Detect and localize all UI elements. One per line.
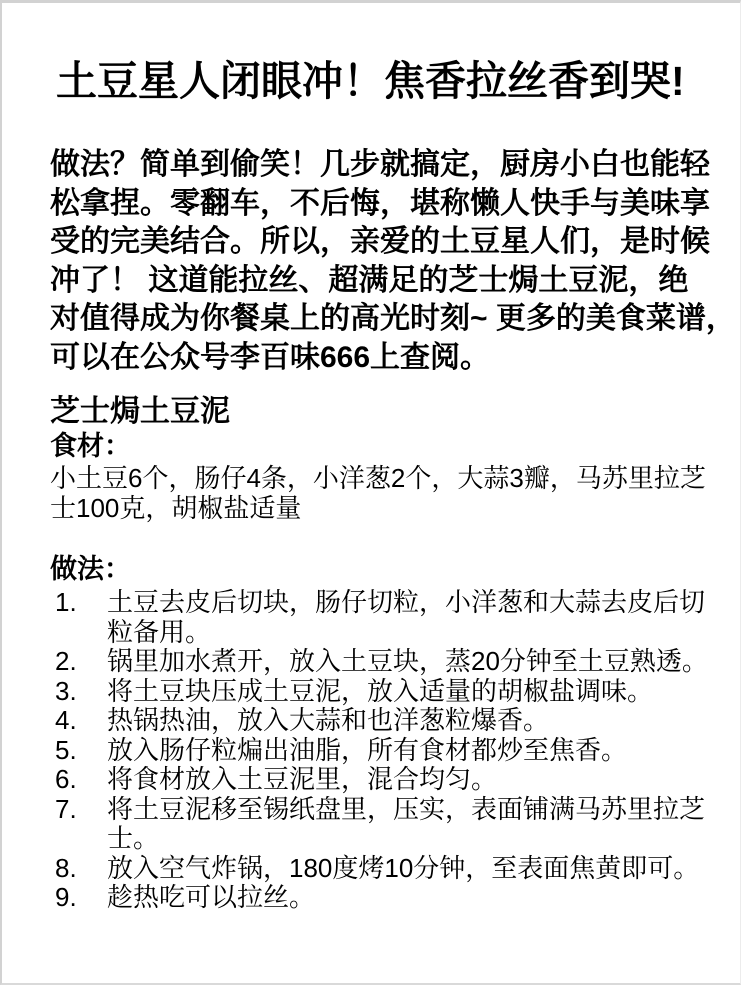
step-number: 4.	[50, 706, 107, 736]
step-row: 5. 放入肠仔粒煸出油脂，所有食材都炒至焦香。	[50, 736, 710, 766]
ingredients-line: 士100克，胡椒盐适量	[50, 493, 710, 523]
intro-line: 冲了！ 这道能拉丝、超满足的芝士焗土豆泥，绝	[50, 262, 710, 301]
steps-label: 做法：	[50, 553, 710, 586]
ingredients-line: 小土豆6个，肠仔4条，小洋葱2个，大蒜3瓣，马苏里拉芝	[50, 463, 710, 493]
step-row: 1. 土豆去皮后切块，肠仔切粒，小洋葱和大蒜去皮后切粒备用。	[50, 588, 710, 647]
step-row: 6. 将食材放入土豆泥里，混合均匀。	[50, 765, 710, 795]
step-row: 9. 趁热吃可以拉丝。	[50, 883, 710, 913]
step-number: 8.	[50, 854, 107, 884]
step-number: 9.	[50, 883, 107, 913]
step-number: 3.	[50, 677, 107, 707]
step-text: 土豆去皮后切块，肠仔切粒，小洋葱和大蒜去皮后切粒备用。	[107, 588, 710, 647]
step-text: 锅里加水煮开，放入土豆块，蒸20分钟至土豆熟透。	[107, 647, 710, 677]
step-text: 将土豆泥移至锡纸盘里，压实，表面铺满马苏里拉芝士。	[107, 795, 710, 854]
intro-line: 受的完美结合。所以，亲爱的土豆星人们，是时候	[50, 223, 710, 262]
step-row: 7. 将土豆泥移至锡纸盘里，压实，表面铺满马苏里拉芝士。	[50, 795, 710, 854]
steps-list: 1. 土豆去皮后切块，肠仔切粒，小洋葱和大蒜去皮后切粒备用。 2. 锅里加水煮开…	[50, 588, 710, 913]
step-row: 3. 将土豆块压成土豆泥，放入适量的胡椒盐调味。	[50, 677, 710, 707]
recipe-title: 芝士焗土豆泥	[50, 394, 710, 430]
ingredients-text: 小土豆6个，肠仔4条，小洋葱2个，大蒜3瓣，马苏里拉芝 士100克，胡椒盐适量	[50, 463, 710, 523]
intro-line: 松拿捏。零翻车，不后悔，堪称懒人快手与美味享	[50, 185, 710, 224]
step-text: 将食材放入土豆泥里，混合均匀。	[107, 765, 710, 795]
step-number: 6.	[50, 765, 107, 795]
document-page: 土豆星人闭眼冲！焦香拉丝香到哭! 做法？简单到偷笑！几步就搞定，厨房小白也能轻 …	[0, 0, 741, 985]
step-text: 放入肠仔粒煸出油脂，所有食材都炒至焦香。	[107, 736, 710, 766]
step-text: 放入空气炸锅，180度烤10分钟，至表面焦黄即可。	[107, 854, 710, 884]
step-row: 4. 热锅热油，放入大蒜和也洋葱粒爆香。	[50, 706, 710, 736]
step-text: 将土豆块压成土豆泥，放入适量的胡椒盐调味。	[107, 677, 710, 707]
step-number: 2.	[50, 647, 107, 677]
intro-line: 对值得成为你餐桌上的高光时刻~ 更多的美食菜谱，	[50, 300, 710, 339]
step-text: 热锅热油，放入大蒜和也洋葱粒爆香。	[107, 706, 710, 736]
intro-line: 可以在公众号李百味666上查阅。	[50, 339, 710, 378]
intro-line: 做法？简单到偷笑！几步就搞定，厨房小白也能轻	[50, 146, 710, 185]
step-number: 5.	[50, 736, 107, 766]
step-row: 2. 锅里加水煮开，放入土豆块，蒸20分钟至土豆熟透。	[50, 647, 710, 677]
step-number: 7.	[50, 795, 107, 854]
step-text: 趁热吃可以拉丝。	[107, 883, 710, 913]
ingredients-label: 食材：	[50, 430, 710, 463]
step-number: 1.	[50, 588, 107, 647]
step-row: 8. 放入空气炸锅，180度烤10分钟，至表面焦黄即可。	[50, 854, 710, 884]
intro-paragraph: 做法？简单到偷笑！几步就搞定，厨房小白也能轻 松拿捏。零翻车，不后悔，堪称懒人快…	[50, 146, 710, 377]
page-title: 土豆星人闭眼冲！焦香拉丝香到哭!	[56, 58, 710, 105]
